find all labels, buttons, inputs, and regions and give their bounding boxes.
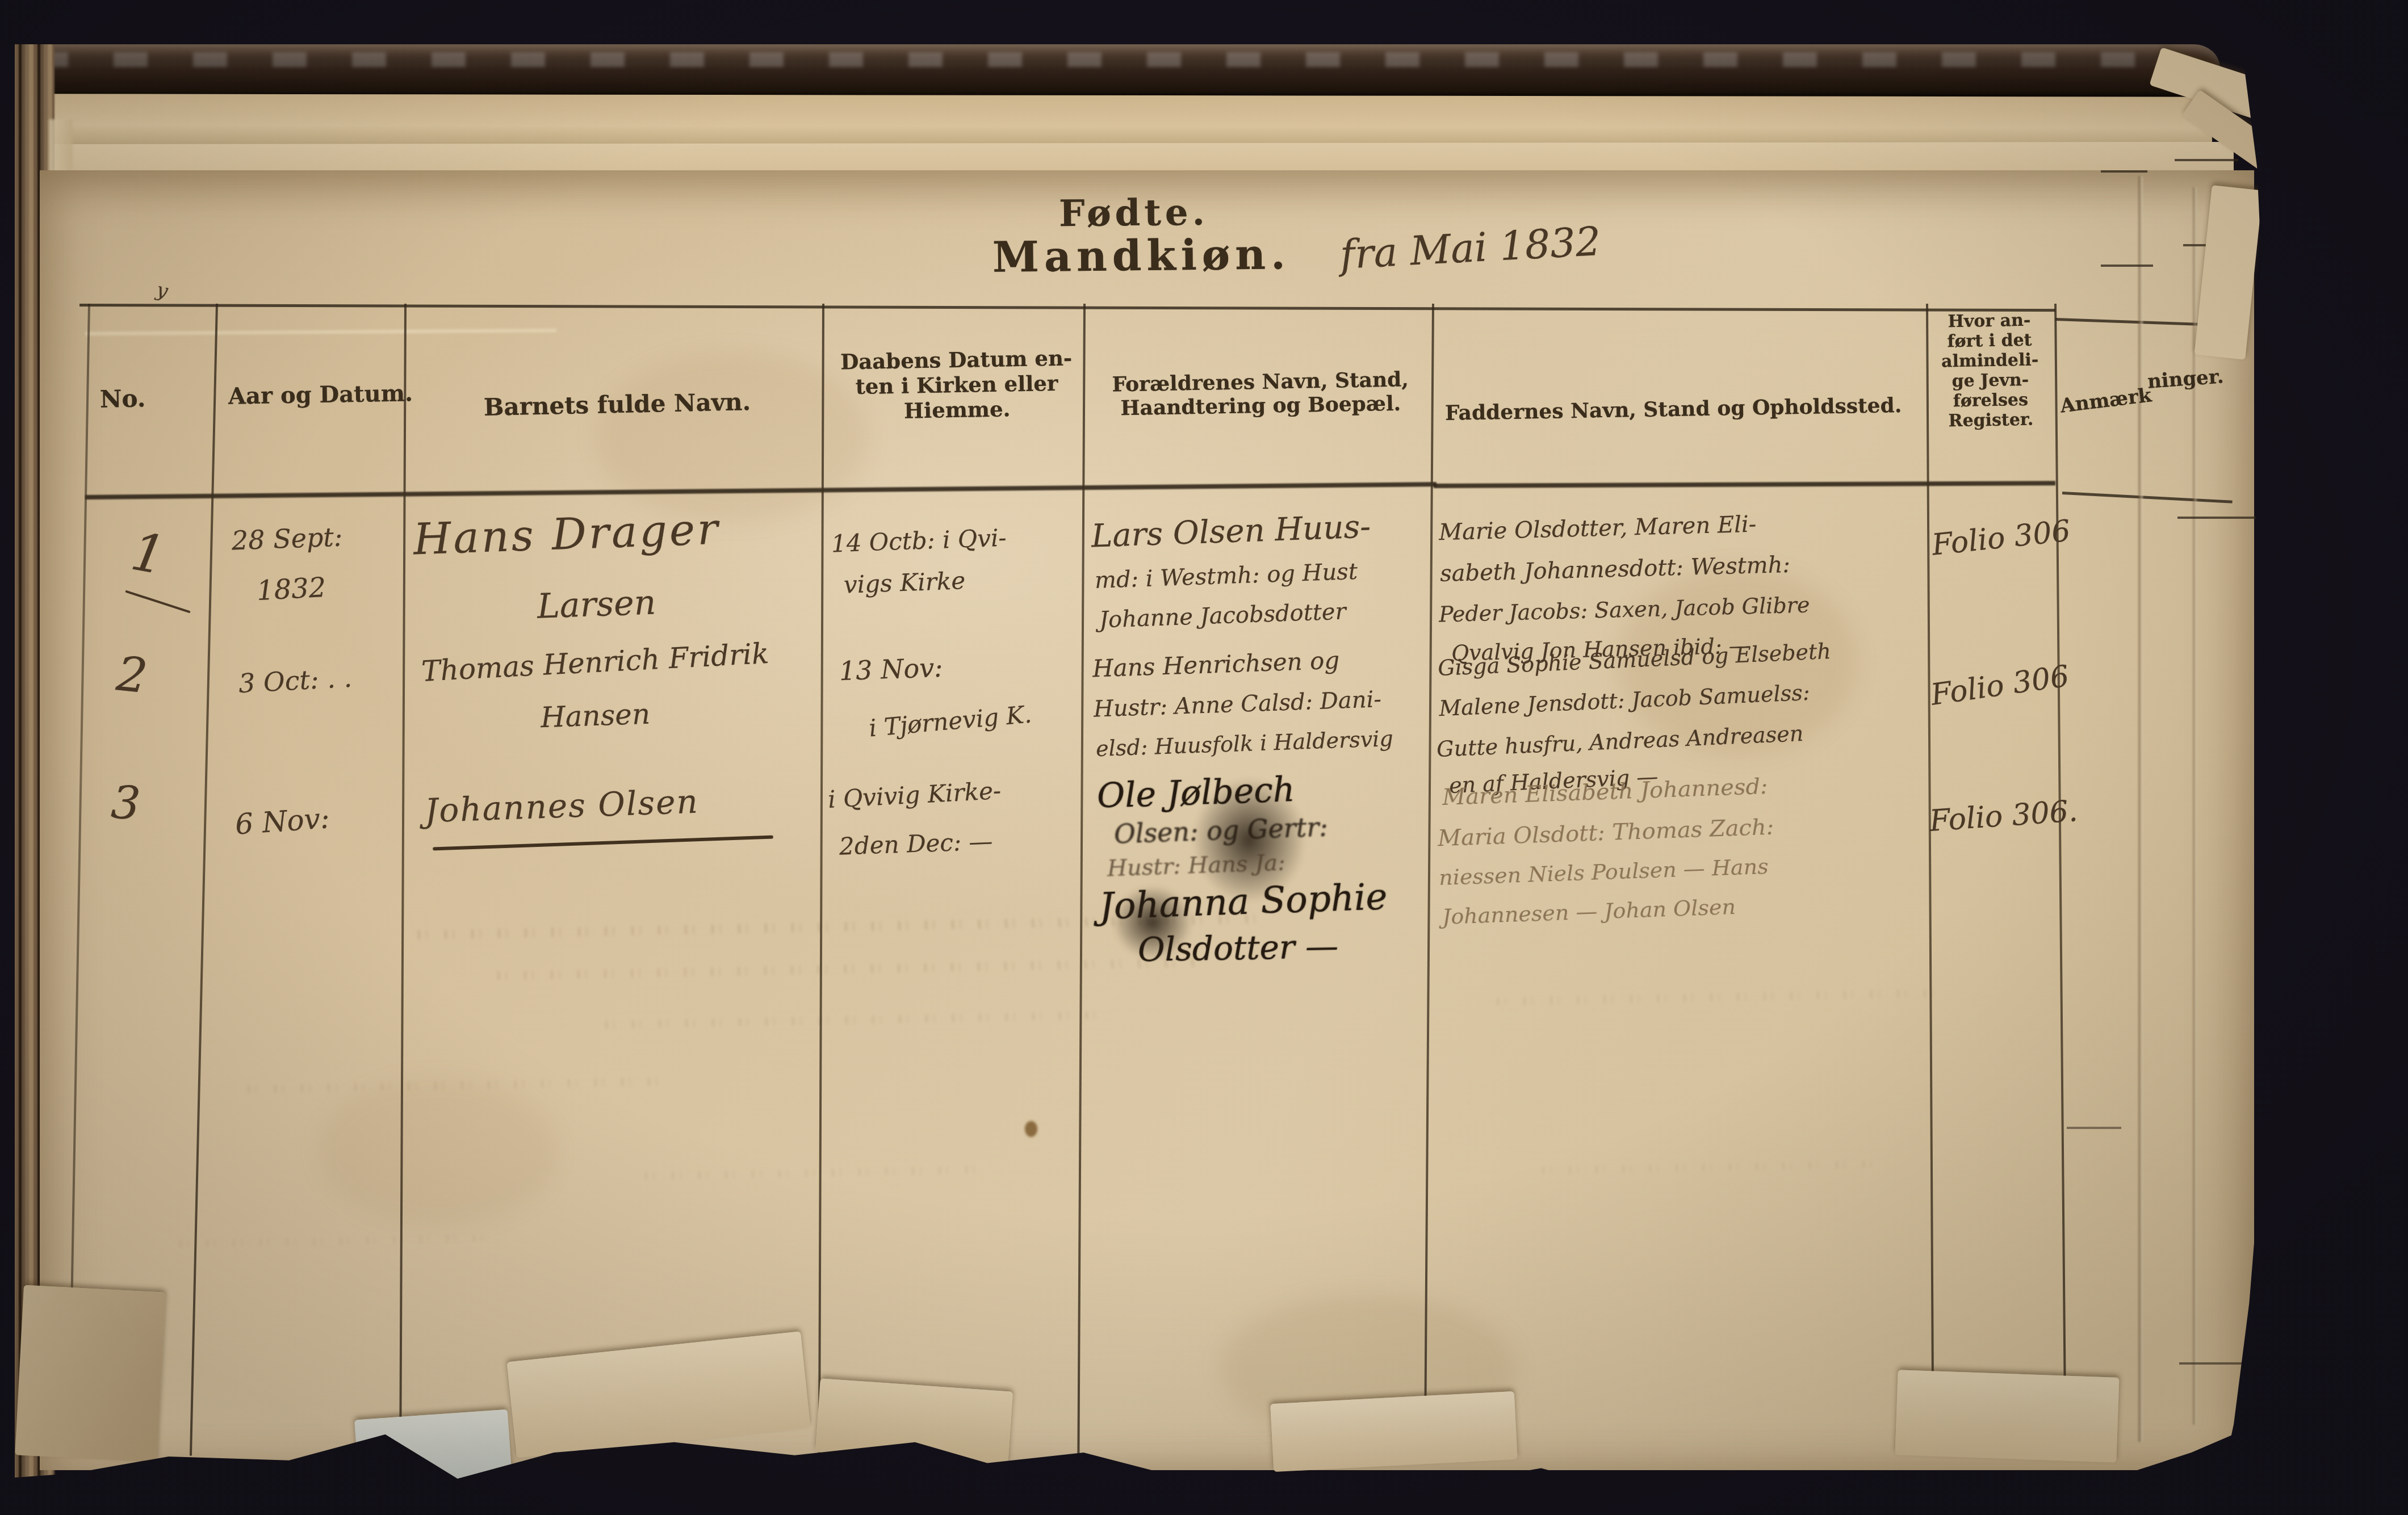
page-fold-crease bbox=[2138, 176, 2143, 1442]
fore-edge-line bbox=[2177, 517, 2256, 519]
record-date-line: 6 Nov: bbox=[234, 801, 330, 841]
record-baptism-line: vigs Kirke bbox=[843, 566, 966, 598]
ink-spot bbox=[1025, 1121, 1037, 1137]
page-stain bbox=[596, 352, 869, 522]
page-title-printed: Fødte. bbox=[1059, 191, 1209, 235]
header-baptism-line: Daabens Datum en- bbox=[828, 345, 1084, 375]
header-baptism-line: Hiemme. bbox=[829, 395, 1085, 425]
header-baptism-line: ten i Kirken eller bbox=[829, 370, 1085, 400]
record-baptism-line: 2den Dec: — bbox=[839, 827, 993, 860]
record-child-name: Larsen bbox=[537, 582, 657, 626]
fore-edge-line bbox=[2101, 170, 2147, 173]
background-left-sliver bbox=[0, 34, 15, 1515]
background-top bbox=[0, 0, 2408, 44]
header-register: Hvor an- ført i det almindeli- ge Jevn- … bbox=[1929, 310, 2051, 431]
torn-flap bbox=[1270, 1391, 1518, 1472]
page-subtitle-printed: Mandkiøn. bbox=[992, 230, 1291, 282]
record-child-name: Hans Drager bbox=[413, 503, 721, 565]
fore-edge-line bbox=[2101, 265, 2153, 267]
header-name: Barnets fulde Navn. bbox=[484, 388, 751, 421]
header-register-line: ført i det bbox=[1930, 330, 2050, 352]
record-parents-line: Ole Jølbech bbox=[1096, 770, 1296, 816]
record-baptism-line: 13 Nov: bbox=[839, 652, 943, 686]
page-edge-strip bbox=[20, 94, 2212, 149]
header-register-line: ge Jevn- bbox=[1930, 370, 2050, 392]
record-no: 3 bbox=[110, 775, 142, 830]
fore-edge-line bbox=[2067, 1127, 2121, 1129]
spine-gloss-highlight bbox=[34, 52, 2163, 67]
record-date-line: 1832 bbox=[256, 572, 327, 607]
record-date-line: 28 Sept: bbox=[231, 522, 343, 556]
header-register-line: Hvor an- bbox=[1929, 310, 2049, 332]
header-baptism: Daabens Datum en- ten i Kirken eller Hie… bbox=[828, 345, 1085, 425]
header-register-line: førelses bbox=[1931, 389, 2051, 412]
page-stain bbox=[318, 1078, 556, 1226]
fore-edge-line bbox=[2175, 159, 2238, 161]
record-child-name: Hansen bbox=[540, 698, 651, 735]
header-register-line: Register. bbox=[1931, 409, 2051, 431]
scan-photo: Fødte. Mandkiøn. fra Mai 1832 No. Aar og… bbox=[0, 0, 2408, 1515]
header-date: Aar og Datum. bbox=[228, 380, 413, 410]
torn-flap bbox=[1895, 1370, 2120, 1463]
record-date-line: 3 Oct: . . bbox=[238, 662, 353, 699]
fore-edge-line bbox=[2179, 1362, 2246, 1365]
torn-flap bbox=[15, 1285, 165, 1463]
header-no: No. bbox=[100, 384, 146, 413]
header-parents: Forældrenes Navn, Stand, Haandtering og … bbox=[1095, 367, 1425, 421]
record-no: 2 bbox=[114, 645, 150, 704]
header-register-line: almindeli- bbox=[1930, 350, 2050, 372]
record-parents-line: Olsdotter — bbox=[1137, 927, 1338, 969]
